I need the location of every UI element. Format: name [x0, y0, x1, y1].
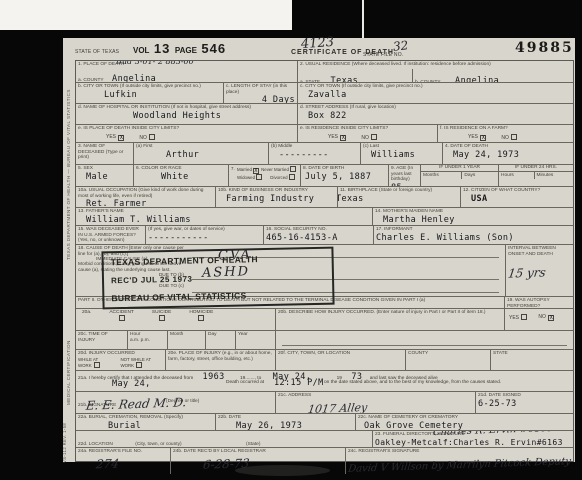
no-option: NO [361, 134, 378, 141]
yes-option: YES X [468, 134, 487, 141]
race-value: White [161, 172, 226, 182]
field-date-of-death: 4. DATE OF DEATH May 24, 1973 [443, 143, 573, 164]
field-if-under-1-year: IF UNDER 1 YEAR Months Days [421, 165, 499, 186]
industry-value: Farming Industry [226, 194, 335, 204]
field-22c-cemetery: 22c. NAME OF CEMETERY OR CREMATORY Oak G… [356, 414, 573, 430]
row-injury-place: 20d. INJURY OCCURRED WHILE AT WORK NOT W… [76, 349, 573, 370]
date-of-birth-value: July 5, 1887 [305, 172, 386, 182]
no-checkbox [371, 134, 377, 140]
field-interval-a: INTERVAL BETWEEN ONSET AND DEATH 5m [505, 245, 573, 261]
registrar-file-label: 24a. REGISTRAR'S FILE NO. [78, 449, 168, 455]
field-race: 6. COLOR OR RACE White [134, 165, 229, 186]
row-certify: 21a. I hereby certify that I attended th… [76, 370, 573, 391]
length-of-stay-value: 4 Days [234, 95, 295, 103]
field-autopsy-yn: YES NO X [505, 309, 573, 330]
date-received-handwritten: 6-28-73 [202, 456, 250, 472]
address-label: 21c. ADDRESS [278, 393, 473, 399]
place-city-value: Lufkin [104, 90, 221, 100]
yes-checkbox: X [480, 135, 486, 141]
birthplace-value: Texas [338, 194, 458, 204]
under-24-columns: Hours Minutes [499, 171, 573, 180]
field-death-inside-limits: e. IS PLACE OF DEATH INSIDE CITY LIMITS?… [76, 125, 298, 142]
ampm-label: a.m. p.m. [130, 338, 165, 344]
field-street-address: d. STREET ADDRESS (If rural, give locati… [298, 104, 573, 124]
row-demographics: 5. SEX Male 6. COLOR OR RACE White 7. Ma… [76, 164, 573, 186]
field-injury-county: COUNTY [406, 350, 491, 370]
field-residence-county: b. COUNTY Angelina [413, 69, 573, 82]
field-residence-city: c. CITY OR TOWN (If outside city limits,… [298, 83, 573, 103]
attended-from-year: 1963 [203, 372, 225, 382]
stamp-dept: TEXAS DEPARTMENT OF HEALTH [111, 253, 325, 267]
row-place-residence: 1. PLACE OF DEATH a. COUNTY Angelina Bud… [76, 61, 573, 82]
scan-artifact-line [362, 0, 364, 40]
field-armed-forces: 15. WAS DECEASED EVER IN U.S. ARMED FORC… [76, 226, 146, 244]
residence-state-county-row: a. STATE Texas b. COUNTY Angelina [298, 69, 573, 82]
no-option: NO [139, 134, 156, 141]
page-number: 546 [201, 41, 226, 56]
sex-value: Male [86, 172, 131, 182]
injury-occurred-options: WHILE AT WORK NOT WHILE AT WORK [78, 357, 163, 368]
attended-from-date: May 24, [112, 379, 151, 389]
left-margin: TEXAS DEPARTMENT OF HEALTH — BUREAU OF V… [63, 60, 75, 462]
injury-description-line [282, 345, 567, 346]
row-occupation: 10a. USUAL OCCUPATION (Give kind of work… [76, 186, 573, 207]
row-burial: 22a. BURIAL, CREMATION, REMOVAL (Specify… [76, 413, 573, 430]
field-father-name: 13. FATHER'S NAME William T. Williams [76, 208, 373, 225]
hospital-value: Woodland Heights [133, 111, 295, 121]
field-month: Month [168, 331, 206, 349]
divorced-option: Divorced [270, 175, 295, 180]
field-interval-c [505, 283, 573, 296]
no-checkbox: X [548, 315, 554, 321]
field-age: 9. AGE (In years last birthday) 85 [389, 165, 421, 186]
no-option: NO [501, 134, 518, 141]
county-value: Angelina [112, 74, 156, 82]
injury-county-label: COUNTY [408, 351, 488, 357]
field-day: Day [206, 331, 236, 349]
field-23-director: 23. FUNERAL DIRECTOR'S SIGNATURE Oakley-… [373, 431, 573, 447]
field-hour: Hour a.m. p.m. [128, 331, 168, 349]
field-marital-status: 7. MarriedX Never Married Widowed Divorc… [229, 165, 301, 186]
hours-label: Hours [501, 173, 532, 179]
injury-20a-label: 20a. [82, 310, 91, 322]
field-20e: 20e. PLACE OF INJURY (e.g., in or about … [166, 350, 276, 370]
middle-name-value: --------- [279, 150, 358, 160]
name-of-deceased-label: 3. NAME OF DECEASED (Type or print) [78, 144, 131, 161]
field-20a: 20a. ACCIDENT SUICIDE HOMICIDE [76, 309, 276, 330]
months-label: Months [423, 173, 459, 179]
no-checkbox [149, 134, 155, 140]
homicide-checkbox [198, 315, 204, 321]
while-at-work-checkbox [94, 362, 100, 368]
field-interval-b: 15 yrs [505, 261, 573, 283]
date-of-death-value: May 24, 1973 [453, 150, 571, 160]
field-if-under-24-hrs: IF UNDER 24 HRS. Hours Minutes [499, 165, 573, 186]
field-residence-inside-limits: e. IS RESIDENCE INSIDE CITY LIMITS? YES … [298, 125, 438, 142]
death-occurred-tail: on the date stated above, and to the bes… [324, 380, 544, 385]
time-of-injury-label: 20c. TIME OF INJURY [78, 332, 125, 343]
suicide-option: SUICIDE [152, 310, 171, 322]
field-20f: 20f. CITY, TOWN, OR LOCATION [276, 350, 406, 370]
occupation-value: Ret. Farmer [86, 199, 213, 207]
field-war-dates: (If yes, give war, or dates of service) … [146, 226, 264, 244]
field-24c-registrar-signature: 24c. REGISTRAR'S SIGNATURE David V Wills… [346, 448, 573, 474]
minutes-label: Minutes [537, 173, 572, 179]
field-date-of-birth: 8. DATE OF BIRTH July 5, 1887 [301, 165, 389, 186]
row-city-stay: b. CITY OR TOWN (If outside city limits,… [76, 82, 573, 103]
accident-checkbox [119, 315, 125, 321]
ssn-value: 465-16-4153-A [266, 233, 371, 243]
field-first-name: (a) First Arthur [134, 143, 269, 164]
field-22d-location: 22d. LOCATION (City, town, or county) (S… [76, 431, 373, 447]
field-place-city: b. CITY OR TOWN (If outside city limits,… [76, 83, 224, 103]
field-birthplace: 11. BIRTHPLACE (State or foreign country… [338, 187, 461, 207]
stamp-received-date: REC'D JUL 25 1973 [111, 271, 325, 284]
row-time-of-injury: 20c. TIME OF INJURY Hour a.m. p.m. Month… [76, 330, 573, 349]
row-city-limits: e. IS PLACE OF DEATH INSIDE CITY LIMITS?… [76, 124, 573, 142]
field-22a-burial: 22a. BURIAL, CREMATION, REMOVAL (Specify… [76, 414, 216, 430]
war-dates-value: ----------- [148, 233, 261, 243]
under-1-columns: Months Days [421, 171, 498, 180]
received-stamp: TEXAS DEPARTMENT OF HEALTH REC'D JUL 25 … [101, 247, 334, 310]
citizen-value: USA [471, 194, 571, 204]
burial-date-value: May 26, 1973 [236, 421, 353, 430]
place-of-injury-label: 20e. PLACE OF INJURY (e.g., in or about … [168, 351, 273, 362]
interval-b-handwritten: 15 yrs [507, 265, 547, 280]
county-handwritten-code: Bud 3-01- 2 883-00 [116, 61, 194, 66]
field-20b-line [276, 331, 573, 349]
field-usual-residence: 2. USUAL RESIDENCE (Where deceased lived… [298, 61, 573, 82]
place-city-label: b. CITY OR TOWN (If outside city limits,… [78, 84, 221, 90]
field-place-county: 1. PLACE OF DEATH a. COUNTY Angelina Bud… [76, 61, 298, 82]
field-21d-date-signed: 21d. DATE SIGNED 6-25-73 [476, 392, 573, 413]
field-year: Year [236, 331, 276, 349]
scan-top-white-band [0, 0, 292, 30]
field-residence-on-farm: f. IS RESIDENCE ON A FARM? YES X NO [438, 125, 573, 142]
field-21c-address: 21c. ADDRESS 1017 Alley [276, 392, 476, 413]
never-married-option: Never Married [261, 167, 297, 172]
while-at-work-option: WHILE AT WORK [78, 357, 112, 368]
length-of-stay-label: c. LENGTH OF STAY (in this place) [226, 84, 295, 95]
row-location-director: 22d. LOCATION (City, town, or county) (S… [76, 430, 573, 447]
autopsy-options: YES NO X [507, 314, 571, 321]
physician-signature-handwritten: E. E. Read M. D. [85, 395, 187, 413]
field-20c: 20c. TIME OF INJURY [76, 331, 128, 349]
yes-checkbox [521, 314, 527, 320]
injury-city-label: 20f. CITY, TOWN, OR LOCATION [278, 351, 403, 357]
not-while-at-work-option: NOT WHILE AT WORK [120, 357, 163, 368]
registrar-signature-handwritten: David V Willson by Marrilyn Pitcock Depu… [347, 456, 571, 474]
field-24a-file-no: 24a. REGISTRAR'S FILE NO. 274 [76, 448, 171, 474]
mother-name-value: Martha Henley [383, 215, 571, 225]
days-label: Days [464, 173, 496, 179]
interval-label: INTERVAL BETWEEN ONSET AND DEATH [508, 246, 571, 257]
marital-label: 7. [231, 166, 235, 171]
field-hospital: d. NAME OF HOSPITAL OR INSTITUTION (If n… [76, 104, 298, 124]
usual-residence-label: 2. USUAL RESIDENCE (Where deceased lived… [298, 61, 573, 69]
describe-injury-label: 20b. DESCRIBE HOW INJURY OCCURRED. (Ente… [278, 310, 502, 316]
volume-page-stamp: VOL 13 PAGE 546 [133, 40, 226, 58]
field-informant: 17. INFORMANT Charles E. Williams (Son) [374, 226, 573, 244]
field-industry: 10b. KIND OF BUSINESS OR INDUSTRY Farmin… [216, 187, 338, 207]
homicide-option: HOMICIDE [189, 310, 213, 322]
field-sex: 5. SEX Male [76, 165, 134, 186]
vol-number: 13 [154, 41, 170, 56]
state-of-texas-label: STATE OF TEXAS [75, 49, 119, 55]
field-citizen: 12. CITIZEN OF WHAT COUNTRY? USA [461, 187, 573, 207]
margin-dept-text: TEXAS DEPARTMENT OF HEALTH — BUREAU OF V… [66, 90, 71, 260]
certificate-header: STATE OF TEXAS VOL 13 PAGE 546 CERTIFICA… [63, 38, 575, 60]
not-while-at-work-checkbox [136, 362, 142, 368]
field-20d: 20d. INJURY OCCURRED WHILE AT WORK NOT W… [76, 350, 166, 370]
field-injury-state: STATE [491, 350, 573, 370]
date-received-label: 24b. DATE REC'D BY LOCAL REGISTRAR [173, 449, 343, 455]
married-option: MarriedX [237, 167, 260, 172]
death-certificate-document: STATE OF TEXAS VOL 13 PAGE 546 CERTIFICA… [63, 38, 575, 462]
accident-option: ACCIDENT [109, 310, 134, 322]
never-married-checkbox [290, 166, 296, 172]
page-label: PAGE [175, 46, 197, 55]
month-label: Month [170, 332, 203, 338]
address-handwritten: 1017 Alley [307, 400, 368, 413]
no-checkbox [511, 134, 517, 140]
field-20b: 20b. DESCRIBE HOW INJURY OCCURRED. (Ente… [276, 309, 505, 330]
row-signature: 21b. SIGNATURE (Degree or title) E. E. R… [76, 391, 573, 413]
divorced-checkbox [289, 174, 295, 180]
burial-type-value: Burial [108, 421, 213, 430]
funeral-director-value: Oakley-Metcalf:Charles R. Ervin#6163 [375, 438, 571, 447]
handwritten-number-1: 4123 [301, 35, 335, 52]
margin-form-number: VS-112 REV. 1-58 [62, 408, 67, 463]
informant-value: Charles E. Williams (Son) [376, 233, 571, 243]
yes-checkbox: X [340, 135, 346, 141]
yes-option: YES [509, 314, 528, 321]
state-file-no-label: STATE FILE NO. [363, 52, 403, 58]
row-parents: 13. FATHER'S NAME William T. Williams 14… [76, 207, 573, 225]
death-inside-limits-label: e. IS PLACE OF DEATH INSIDE CITY LIMITS? [78, 126, 295, 132]
row-injury-type: 20a. ACCIDENT SUICIDE HOMICIDE 20b. DESC… [76, 308, 573, 330]
age-label: 9. AGE (In years last birthday) [391, 166, 418, 183]
field-21b-signature: 21b. SIGNATURE (Degree or title) E. E. R… [76, 392, 276, 413]
farm-options: YES X NO [440, 134, 571, 141]
row-registrar: 24a. REGISTRAR'S FILE NO. 274 24b. DATE … [76, 447, 573, 474]
day-label: Day [208, 332, 233, 338]
registrar-file-handwritten: 274 [95, 456, 120, 471]
street-address-value: Box 822 [308, 111, 571, 121]
yes-option: YES X [328, 134, 347, 141]
residence-limits-label: e. IS RESIDENCE INSIDE CITY LIMITS? [300, 126, 435, 132]
field-last-name: (c) Last Williams [361, 143, 443, 164]
armed-forces-label: 15. WAS DECEASED EVER IN U.S. ARMED FORC… [78, 227, 143, 244]
row-hospital-street: d. NAME OF HOSPITAL OR INSTITUTION (If n… [76, 103, 573, 124]
state-file-number: 49885 [515, 40, 574, 56]
field-occupation: 10a. USUAL OCCUPATION (Give kind of work… [76, 187, 216, 207]
field-mother-name: 14. MOTHER'S MAIDEN NAME Martha Henley [373, 208, 573, 225]
injury-state-label: STATE [493, 351, 571, 357]
registrar-signature-label: 24c. REGISTRAR'S SIGNATURE [348, 449, 571, 455]
death-limits-options: YES X NO [78, 134, 295, 141]
certificate-form: TEXAS DEPARTMENT OF HEALTH REC'D JUL 25 … [75, 60, 574, 462]
last-name-value: Williams [371, 150, 440, 160]
date-signed-value: 6-25-73 [478, 399, 571, 409]
vol-label: VOL [133, 46, 149, 55]
marital-options: MarriedX Never Married Widowed Divorced [237, 166, 298, 180]
yes-checkbox: X [118, 135, 124, 141]
no-option: NO X [538, 314, 555, 321]
suicide-checkbox [159, 315, 165, 321]
field-middle-name: (b) Middle --------- [269, 143, 361, 164]
field-name-of-deceased: 3. NAME OF DECEASED (Type or print) [76, 143, 134, 164]
margin-medical-certification: MEDICAL CERTIFICATION [66, 295, 71, 405]
occupation-label: 10a. USUAL OCCUPATION (Give kind of work… [78, 188, 213, 199]
field-21a: 21a. I hereby certify that I attended th… [76, 371, 573, 391]
field-autopsy: 19. WAS AUTOPSY PERFORMED? [505, 297, 573, 308]
cemetery-value: Oak Grove Cemetery [364, 421, 571, 430]
widowed-checkbox [256, 174, 262, 180]
death-time-value: 12:15 P/M [274, 378, 324, 388]
residence-city-value: Zavalla [308, 90, 571, 100]
autopsy-label: 19. WAS AUTOPSY PERFORMED? [507, 298, 571, 308]
row-name: 3. NAME OF DECEASED (Type or print) (a) … [76, 142, 573, 164]
widowed-option: Widowed [237, 175, 263, 180]
residence-limits-options: YES X NO [300, 134, 435, 141]
row-forces-ssn: 15. WAS DECEASED EVER IN U.S. ARMED FORC… [76, 225, 573, 244]
field-ssn: 16. SOCIAL SECURITY NO. 465-16-4153-A [264, 226, 374, 244]
father-name-value: William T. Williams [86, 215, 370, 225]
field-length-of-stay: c. LENGTH OF STAY (in this place) 4 Days [224, 83, 298, 103]
injury-type-options: 20a. ACCIDENT SUICIDE HOMICIDE [78, 310, 273, 322]
first-name-value: Arthur [166, 150, 266, 160]
stamp-bureau: BUREAU OF VITAL STATISTICS [111, 289, 325, 303]
residence-farm-label: f. IS RESIDENCE ON A FARM? [440, 126, 571, 132]
field-residence-state: a. STATE Texas [298, 69, 413, 82]
field-24b-date-recd: 24b. DATE REC'D BY LOCAL REGISTRAR 6-28-… [171, 448, 346, 474]
yes-option: YES X [106, 134, 125, 141]
year-label: Year [238, 332, 273, 338]
death-occurred-label: Death occurred at [226, 380, 264, 385]
field-22b-date: 22b. DATE May 26, 1973 [216, 414, 356, 430]
